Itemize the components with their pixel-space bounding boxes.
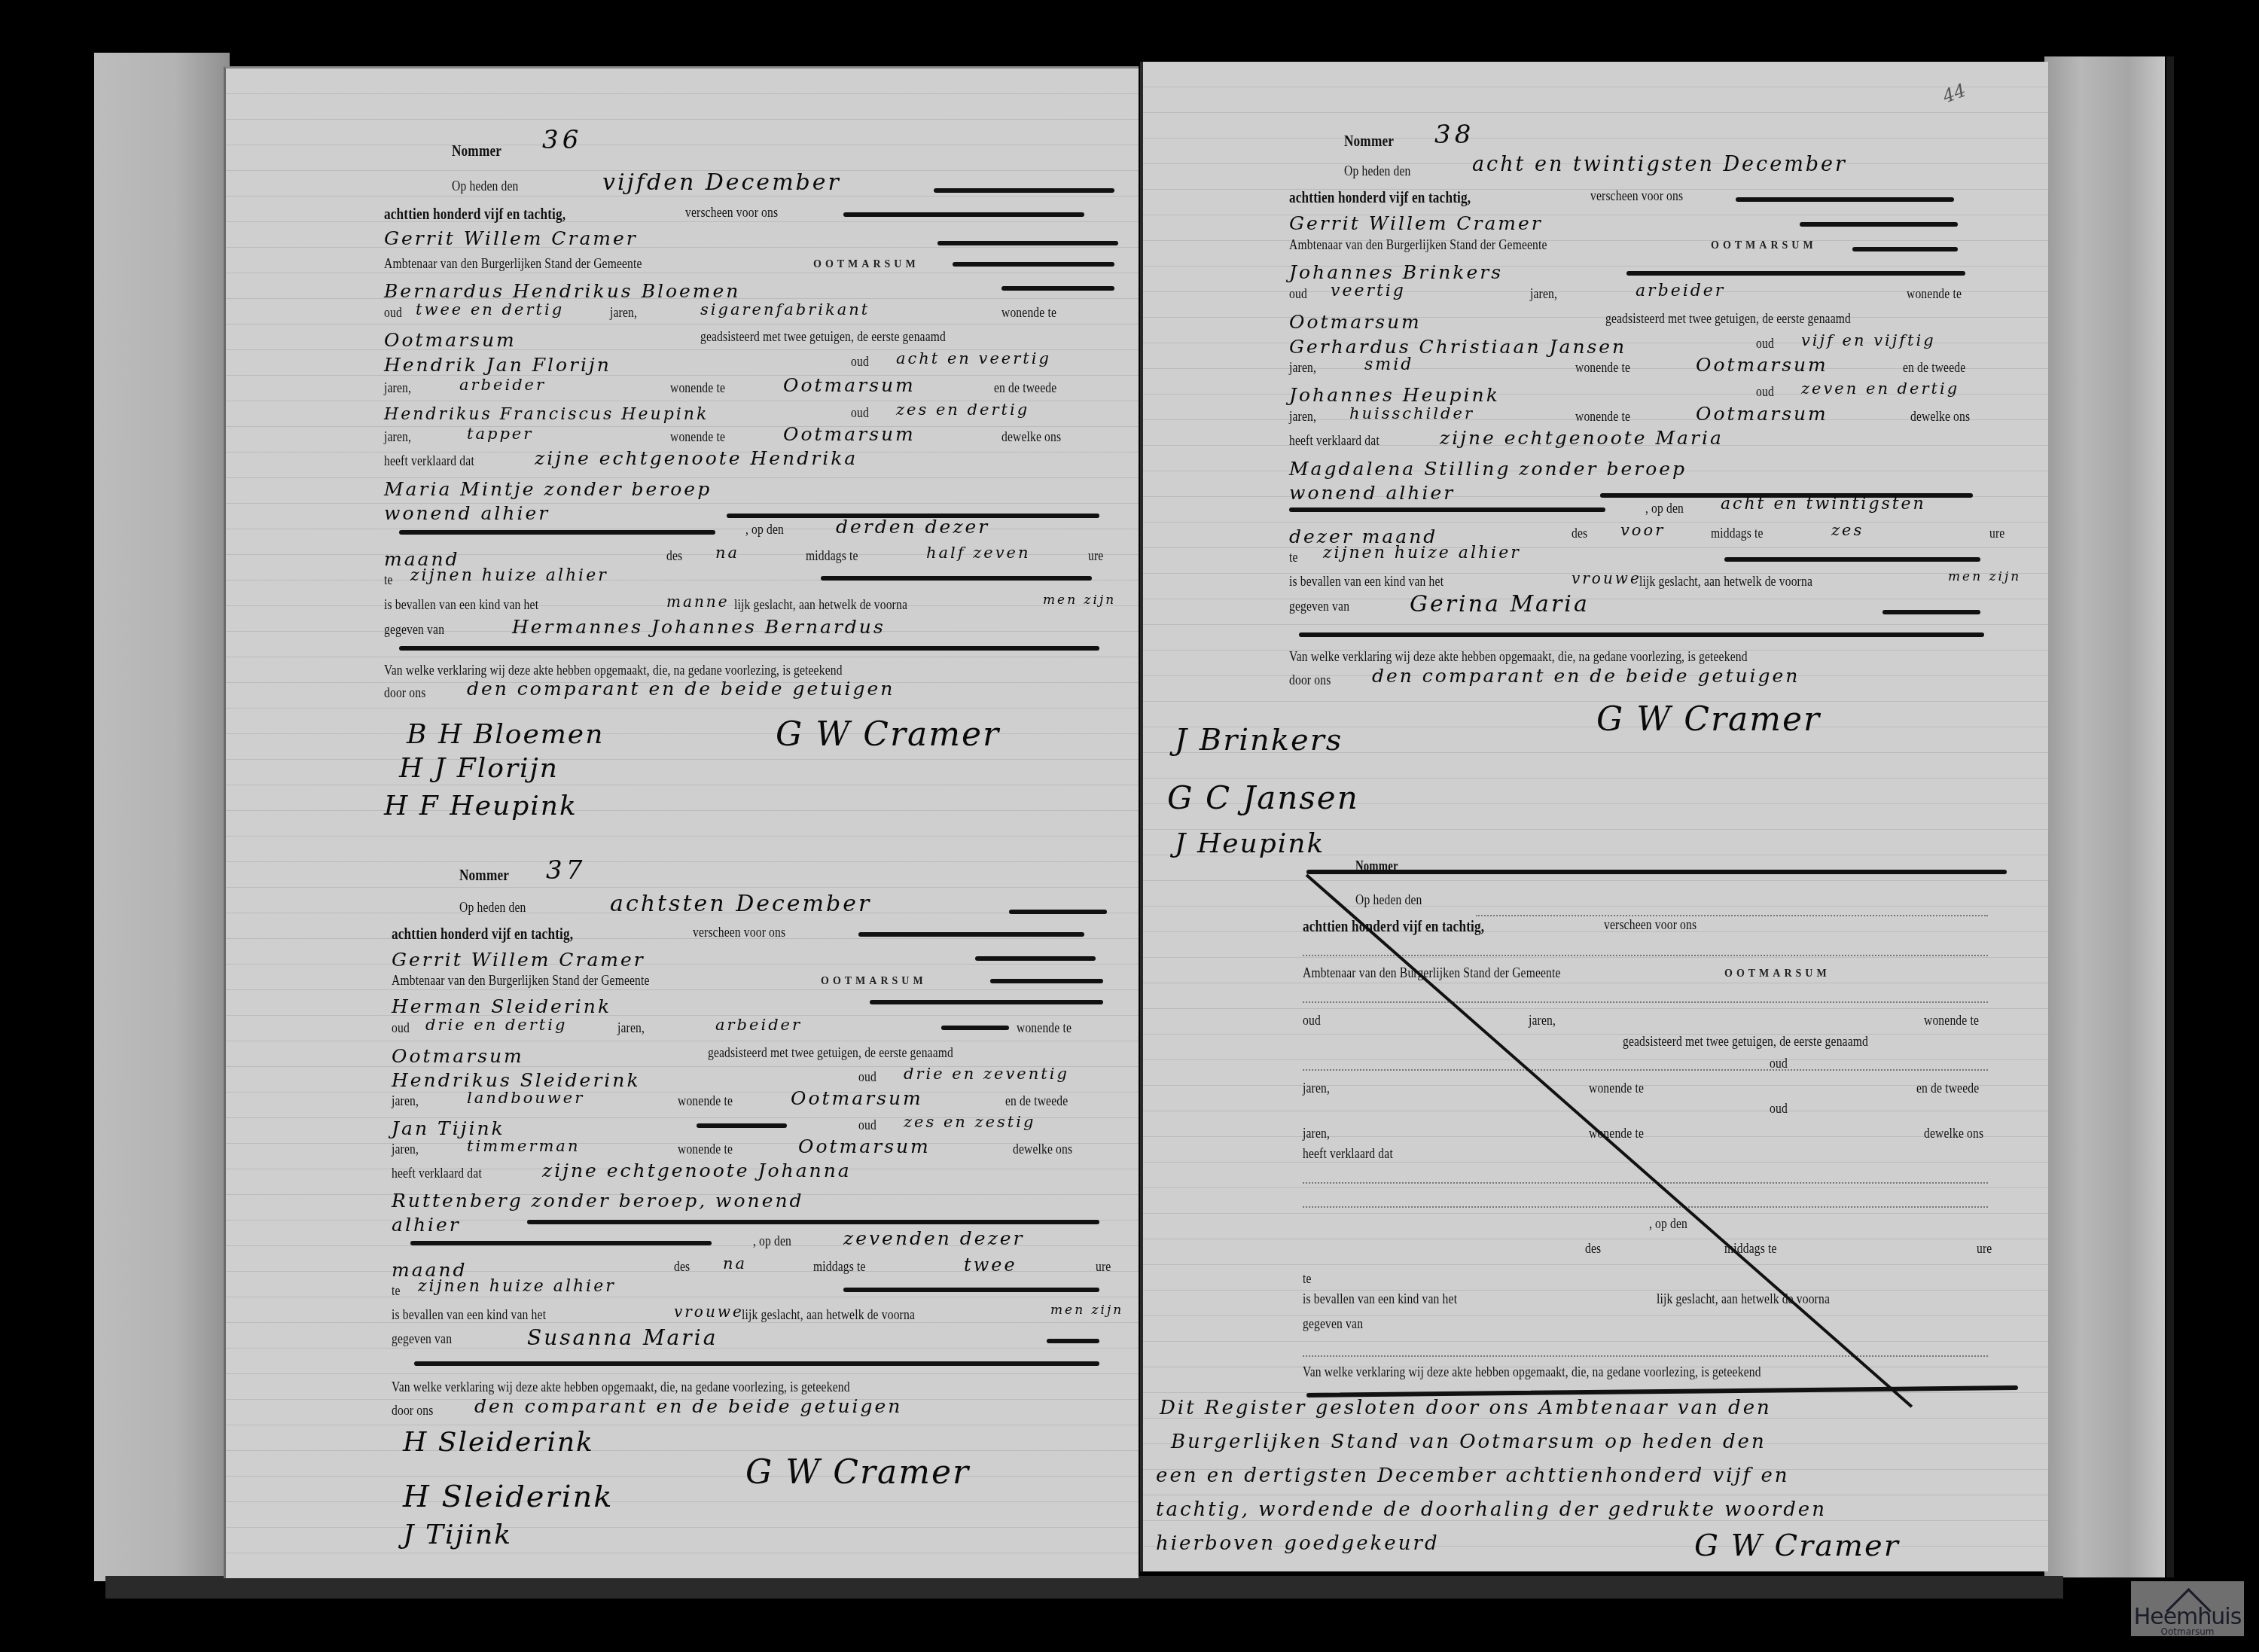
nommer-label: Nommer (1344, 132, 1394, 151)
birth-part: na (715, 544, 739, 562)
declarant-occupation: sigarenfabrikant (700, 300, 870, 319)
signed-by: den comparant en de beide getuigen (467, 678, 895, 700)
verscheen-label: verscheen voor ons (1604, 917, 1697, 934)
fill-bar (858, 932, 1084, 937)
jaren-label: jaren, (384, 380, 411, 397)
witness2-residence: Ootmarsum (783, 423, 916, 445)
witness2-occupation: huisschilder (1349, 404, 1474, 422)
oud-label: oud (858, 1069, 876, 1086)
witness2-name: Hendrikus Franciscus Heupink (384, 405, 709, 424)
child-sex: vrouwe (674, 1303, 744, 1321)
dewelke-label: dewelke ons (1924, 1126, 1983, 1142)
des-label: des (1585, 1241, 1601, 1257)
record-date: vijfden December (602, 169, 841, 196)
op-den-label: , op den (1649, 1216, 1687, 1233)
fill-bar (821, 576, 1092, 581)
jaren-label: jaren, (1529, 1013, 1556, 1029)
witness2-age: zes en zestig (904, 1113, 1035, 1131)
wonende-label: wonende te (678, 1093, 733, 1110)
year-label: achttien honderd vijf en tachtig, (392, 925, 573, 943)
wonende-label: wonende te (1589, 1081, 1644, 1097)
des-label: des (666, 548, 682, 565)
book-cover-right (2044, 56, 2165, 1577)
signature-official: G W Cramer (776, 715, 1000, 754)
statement-3: wonend alhier (1289, 482, 1455, 504)
year-label: achttien honderd vijf en tachtig, (1303, 917, 1484, 936)
fill-bar (1047, 1339, 1099, 1343)
ure-label: ure (1977, 1241, 1992, 1257)
logo-place: Ootmarsum (2131, 1626, 2244, 1637)
witness1-residence: Ootmarsum (791, 1087, 923, 1109)
fill-bar (843, 212, 1084, 217)
signature-official: G W Cramer (1596, 700, 1821, 739)
record-date: acht en twintigsten December (1472, 153, 1847, 176)
wonende-label: wonende te (1001, 305, 1056, 322)
witness1-occupation: arbeider (459, 376, 546, 394)
year-label: achttien honderd vijf en tachtig, (1289, 188, 1471, 207)
ambtenaar-label: Ambtenaar van den Burgerlijken Stand der… (392, 973, 650, 989)
en-de-tweede-label: en de tweede (994, 380, 1056, 397)
fill-bar (1626, 271, 1965, 276)
statement-3: wonend alhier (384, 502, 550, 524)
te-label: te (392, 1283, 401, 1300)
declarant-name: Bernardus Hendrikus Bloemen (384, 280, 740, 302)
bevallen-label: is bevallen van een kind van het (1289, 574, 1444, 590)
geslacht-label: lijk geslacht, aan hetwelk de voorna (1657, 1291, 1830, 1308)
op-heden-label: Op heden den (459, 900, 526, 916)
wonende-label: wonende te (1575, 409, 1630, 425)
witness1-age: acht en veertig (896, 349, 1051, 367)
signed-by: den comparant en de beide getuigen (1372, 665, 1800, 687)
declarant-residence: Ootmarsum (1289, 311, 1422, 333)
dewelke-label: dewelke ons (1013, 1141, 1072, 1158)
municipality: OOTMARSUM (813, 259, 919, 271)
fill-bar (399, 646, 1099, 651)
van-welke-label: Van welke verklaring wij deze akte hebbe… (1303, 1364, 1761, 1381)
wonende-label: wonende te (1017, 1020, 1072, 1037)
door-ons-label: door ons (1289, 672, 1331, 689)
bevallen-label: is bevallen van een kind van het (384, 597, 538, 614)
declarant-residence: Ootmarsum (392, 1045, 524, 1067)
record-number: 37 (546, 855, 586, 885)
jaren-label: jaren, (392, 1093, 419, 1110)
te-label: te (1289, 550, 1298, 566)
van-welke-label: Van welke verklaring wij deze akte hebbe… (1289, 649, 1748, 666)
witness2-name: Jan Tijink (392, 1117, 505, 1139)
fill-bar (1800, 222, 1958, 227)
te-label: te (384, 572, 393, 589)
child-name: Susanna Maria (527, 1325, 718, 1350)
birth-time: zes (1831, 521, 1864, 539)
jaren-label: jaren, (610, 305, 637, 322)
jaren-label: jaren, (1303, 1081, 1330, 1097)
declarant-occupation: arbeider (715, 1016, 802, 1034)
signature-witness1: H Sleiderink (403, 1480, 613, 1514)
oud-label: oud (392, 1020, 410, 1037)
geadsisteerd-label: geadsisteerd met twee getuigen, de eerst… (1623, 1034, 1868, 1050)
en-de-tweede-label: en de tweede (1916, 1081, 1979, 1097)
witness1-name: Gerhardus Christiaan Jansen (1289, 336, 1626, 358)
op-den-label: , op den (753, 1233, 791, 1250)
declarant-occupation: arbeider (1636, 282, 1725, 300)
cross-top-bar (1306, 870, 2007, 874)
closing-signature: G W Cramer (1694, 1529, 1900, 1563)
record-number: 36 (542, 125, 582, 155)
verscheen-label: verscheen voor ons (1590, 188, 1683, 205)
gegeven-label: gegeven van (392, 1331, 452, 1348)
witness2-name: Johannes Heupink (1289, 384, 1500, 406)
witness1-residence: Ootmarsum (1696, 354, 1828, 376)
oud-label: oud (1756, 336, 1774, 352)
birth-place: zijnen huize alhier (410, 566, 608, 585)
wonende-label: wonende te (1907, 286, 1962, 303)
fill-bar (990, 979, 1103, 983)
birth-place: zijnen huize alhier (1323, 544, 1521, 562)
verklaard-label: heeft verklaard dat (1289, 433, 1379, 450)
birth-time: twee (964, 1254, 1017, 1276)
verscheen-label: verscheen voor ons (693, 925, 785, 941)
fill-bar (941, 1026, 1009, 1030)
municipality: OOTMARSUM (1711, 240, 1817, 252)
wonende-label: wonende te (1924, 1013, 1979, 1029)
dewelke-label: dewelke ons (1910, 409, 1970, 425)
record-date: achtsten December (610, 891, 871, 917)
signature-witness1: H J Florijn (399, 753, 559, 784)
signed-by: den comparant en de beide getuigen (474, 1395, 902, 1417)
ure-label: ure (1088, 548, 1103, 565)
signature-witness2: H F Heupink (384, 791, 578, 821)
declarant-age: veertig (1331, 282, 1406, 300)
fill-bar (697, 1123, 787, 1128)
oud-label: oud (1756, 384, 1774, 401)
geadsisteerd-label: geadsisteerd met twee getuigen, de eerst… (1605, 311, 1851, 328)
op-heden-label: Op heden den (1344, 163, 1410, 180)
declarant-age: drie en dertig (425, 1016, 567, 1034)
witness2-age: zes en dertig (896, 401, 1029, 419)
jaren-label: jaren, (1530, 286, 1557, 303)
geslacht-label: lijk geslacht, aan hetwelk de voorna (742, 1307, 915, 1324)
en-de-tweede-label: en de tweede (1903, 360, 1965, 376)
statement-2: Ruttenberg zonder beroep, wonend (392, 1190, 804, 1212)
jaren-label: jaren, (1303, 1126, 1330, 1142)
child-name: Gerina Maria (1410, 591, 1590, 617)
witness2-residence: Ootmarsum (1696, 403, 1828, 425)
declarant-name: Johannes Brinkers (1289, 261, 1503, 283)
geslacht-label: lijk geslacht, aan hetwelk de voorna (1639, 574, 1812, 590)
signature-declarant: J Brinkers (1175, 723, 1343, 757)
ure-label: ure (1096, 1259, 1111, 1276)
jaren-label: jaren, (1289, 409, 1316, 425)
statement-1: zijne echtgenoote Maria (1440, 427, 1724, 449)
fill-bar (1001, 286, 1114, 291)
birth-day: derden dezer (836, 516, 989, 538)
jaren-label: jaren, (384, 429, 411, 446)
declarant-age: twee en dertig (416, 300, 564, 319)
fill-bar (1882, 610, 1980, 614)
fill-bar (414, 1361, 1099, 1366)
fill-bar (937, 241, 1118, 245)
signature-witness2: J Tijink (403, 1519, 512, 1550)
middags-label: middags te (806, 548, 858, 565)
ambtenaar-label: Ambtenaar van den Burgerlijken Stand der… (1303, 965, 1561, 982)
declarant-residence: Ootmarsum (384, 329, 517, 351)
fill-bar (975, 956, 1096, 961)
door-ons-label: door ons (392, 1403, 433, 1419)
geslacht-label: lijk geslacht, aan hetwelk de voorna (734, 597, 907, 614)
birth-part: na (723, 1254, 747, 1273)
record-number: 38 (1434, 120, 1474, 150)
gegeven-label: gegeven van (1289, 599, 1349, 615)
birth-time: half zeven (926, 544, 1031, 562)
witness1-occupation: smid (1364, 355, 1413, 374)
witness1-name: Hendrik Jan Florijn (384, 354, 611, 376)
fill-bar (1852, 247, 1958, 251)
municipality: OOTMARSUM (821, 976, 927, 988)
jaren-label: jaren, (392, 1141, 419, 1158)
voornamen-suffix: men zijn (1043, 593, 1116, 608)
closing-line-4: tachtig, wordende de doorhaling der gedr… (1156, 1498, 1827, 1521)
jaren-label: jaren, (617, 1020, 645, 1037)
signature-witness1: G C Jansen (1167, 779, 1359, 816)
verscheen-label: verscheen voor ons (685, 205, 778, 221)
op-heden-label: Op heden den (1355, 892, 1422, 909)
fill-bar (410, 1241, 712, 1245)
wonende-label: wonende te (1575, 360, 1630, 376)
witness2-age: zeven en dertig (1801, 379, 1959, 398)
child-sex: vrouwe (1572, 569, 1642, 587)
oud-label: oud (851, 405, 869, 422)
birth-day: zevenden dezer (843, 1227, 1025, 1249)
oud-label: oud (384, 305, 402, 322)
birth-part: voor (1620, 521, 1665, 539)
fill-bar (1724, 557, 1980, 562)
geadsisteerd-label: geadsisteerd met twee getuigen, de eerst… (700, 329, 946, 346)
birth-day: acht en twintigsten (1721, 495, 1926, 514)
fill-bar (870, 1000, 1103, 1004)
witness2-occupation: tapper (467, 425, 533, 443)
heemhuis-logo: Heemhuis Ootmarsum (2131, 1581, 2244, 1636)
signature-official: G W Cramer (745, 1453, 970, 1492)
gegeven-label: gegeven van (1303, 1316, 1363, 1333)
op-heden-label: Op heden den (452, 178, 518, 195)
closing-line-1: Dit Register gesloten door ons Ambtenaar… (1160, 1397, 1772, 1419)
jaren-label: jaren, (1289, 360, 1316, 376)
book-bottom-edge (105, 1576, 2063, 1599)
ure-label: ure (1989, 526, 2004, 542)
witness2-residence: Ootmarsum (798, 1135, 931, 1157)
closing-line-2: Burgerlijken Stand van Ootmarsum op hede… (1171, 1431, 1767, 1453)
child-name: Hermannes Johannes Bernardus (512, 616, 886, 638)
statement-1: zijne echtgenoote Johanna (542, 1160, 852, 1181)
oud-label: oud (1289, 286, 1307, 303)
fill-bar (1736, 197, 1954, 202)
gegeven-label: gegeven van (384, 622, 444, 639)
official-name: Gerrit Willem Cramer (392, 949, 645, 971)
en-de-tweede-label: en de tweede (1005, 1093, 1068, 1110)
van-welke-label: Van welke verklaring wij deze akte hebbe… (384, 663, 843, 679)
fill-bar (934, 188, 1114, 193)
witness2-occupation: timmerman (467, 1137, 580, 1155)
wonende-label: wonende te (670, 380, 725, 397)
wonende-label: wonende te (678, 1141, 733, 1158)
closing-line-3: een en dertigsten December achttienhonde… (1156, 1465, 1790, 1487)
declarant-name: Herman Sleiderink (392, 995, 611, 1017)
oud-label: oud (1770, 1101, 1788, 1117)
van-welke-label: Van welke verklaring wij deze akte hebbe… (392, 1379, 850, 1396)
op-den-label: , op den (1645, 501, 1684, 517)
witness1-name: Hendrikus Sleiderink (392, 1069, 641, 1091)
middags-label: middags te (1711, 526, 1764, 542)
bevallen-label: is bevallen van een kind van het (1303, 1291, 1457, 1308)
witness1-age: drie en zeventig (904, 1065, 1069, 1083)
fill-bar (527, 1220, 1099, 1224)
official-name: Gerrit Willem Cramer (384, 227, 638, 249)
statement-3: alhier (392, 1214, 461, 1236)
fill-bar (399, 530, 715, 535)
fill-bar (953, 262, 1114, 267)
oud-label: oud (1770, 1056, 1788, 1072)
voornamen-suffix: men zijn (1050, 1303, 1123, 1318)
nommer-label: Nommer (459, 866, 509, 885)
voornamen-suffix: men zijn (1948, 569, 2021, 584)
geadsisteerd-label: geadsisteerd met twee getuigen, de eerst… (708, 1045, 953, 1062)
wonende-label: wonende te (670, 429, 725, 446)
dewelke-label: dewelke ons (1001, 429, 1061, 446)
op-den-label: , op den (745, 522, 784, 538)
bevallen-label: is bevallen van een kind van het (392, 1307, 546, 1324)
oud-label: oud (858, 1117, 876, 1134)
witness1-age: vijf en vijftig (1801, 331, 1936, 349)
child-sex: manne (666, 593, 730, 611)
book-cover-left (94, 53, 230, 1581)
statement-1: zijne echtgenoote Hendrika (535, 447, 858, 469)
verklaard-label: heeft verklaard dat (384, 453, 474, 470)
nommer-label: Nommer (452, 142, 501, 160)
municipality: OOTMARSUM (1724, 968, 1831, 980)
signature-witness2: J Heupink (1175, 828, 1325, 859)
ambtenaar-label: Ambtenaar van den Burgerlijken Stand der… (384, 256, 642, 273)
official-name: Gerrit Willem Cramer (1289, 212, 1543, 234)
verklaard-label: heeft verklaard dat (392, 1166, 482, 1182)
statement-2: Maria Mintje zonder beroep (384, 478, 712, 500)
ambtenaar-label: Ambtenaar van den Burgerlijken Stand der… (1289, 237, 1547, 254)
year-label: achttien honderd vijf en tachtig, (384, 205, 566, 224)
witness1-residence: Ootmarsum (783, 374, 916, 396)
oud-label: oud (851, 354, 869, 370)
closing-line-5: hierboven goedgekeurd (1156, 1532, 1440, 1555)
fill-bar (1009, 910, 1107, 914)
te-label: te (1303, 1271, 1312, 1288)
fill-bar (1289, 507, 1605, 512)
fill-bar (1299, 632, 1984, 637)
verklaard-label: heeft verklaard dat (1303, 1146, 1393, 1163)
des-label: des (674, 1259, 690, 1276)
des-label: des (1572, 526, 1587, 542)
witness1-occupation: landbouwer (467, 1089, 584, 1107)
signature-declarant: H Sleiderink (403, 1427, 594, 1458)
signature-declarant: B H Bloemen (407, 719, 604, 750)
birth-place: zijnen huize alhier (418, 1277, 616, 1296)
middags-label: middags te (813, 1259, 866, 1276)
statement-2: Magdalena Stilling zonder beroep (1289, 458, 1687, 480)
fill-bar (843, 1288, 1099, 1292)
door-ons-label: door ons (384, 685, 425, 702)
oud-label: oud (1303, 1013, 1321, 1029)
